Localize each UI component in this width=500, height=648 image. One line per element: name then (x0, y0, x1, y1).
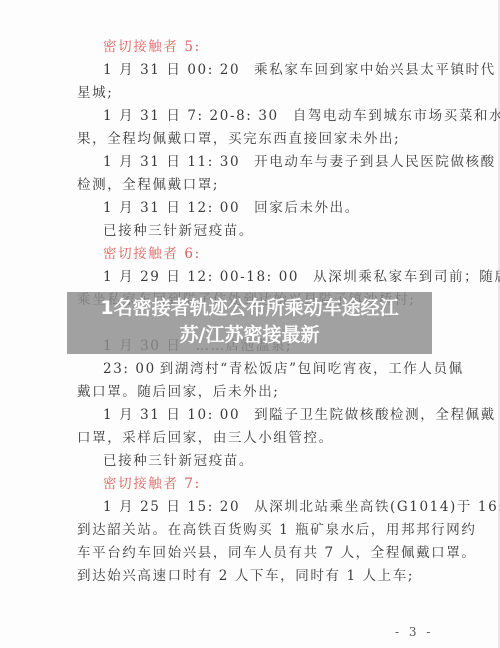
headline-overlay: 1名密接者轨迹公布所乘动车途经江 苏/江苏密接最新 (67, 292, 432, 354)
vaccine-status: 已接种三针新冠疫苗。 (103, 219, 254, 239)
entry-line: 1 月 31 日 12: 00回家后未外出。 (103, 196, 360, 216)
entry-text: 到湖湾村“青松饭店”包间吃宵夜，工作人员佩 (160, 361, 464, 377)
contact-heading: 密切接触者 5: (103, 35, 201, 55)
entry-time: 1 月 31 日 11: 30 (103, 150, 240, 170)
page-number: - 3 - (395, 625, 433, 639)
entry-time: 1 月 31 日 12: 00 (103, 196, 240, 216)
entry-continuation: 车平台约车回始兴县，同车人员有共 7 人，全程佩戴口罩。 (77, 541, 476, 561)
entry-continuation: 戴口罩。随后回家，后未外出; (77, 380, 279, 400)
entry-text: 自驾电动车到城东市场买菜和水 (293, 108, 500, 124)
contact-heading: 密切接触者 6: (103, 242, 201, 262)
entry-time: 1 月 25 日 15: 20 (103, 495, 240, 515)
entry-line: 1 月 31 日 00: 20乘私家车回到家中始兴县太平镇时代 (103, 58, 496, 78)
entry-continuation: 星城; (77, 81, 113, 101)
entry-text: 回家后未外出。 (254, 200, 360, 216)
entry-time: 1 月 31 日 10: 00 (103, 403, 240, 423)
entry-continuation: 果，全程均佩戴口罩，买完东西直接回家未外出; (77, 127, 400, 147)
entry-line: 1 月 29 日 12: 00-18: 00从深圳乘私家车到司前；随后 (103, 265, 500, 285)
entry-continuation: 检测，全程佩戴口罩; (77, 173, 219, 193)
headline-line-1: 1名密接者轨迹公布所乘动车途经江 (67, 295, 432, 322)
entry-line: 23: 00到湖湾村“青松饭店”包间吃宵夜，工作人员佩 (103, 357, 464, 377)
entry-time: 23: 00 (103, 361, 156, 377)
entry-line: 1 月 31 日 10: 00到隘子卫生院做核酸检测，全程佩戴 (103, 403, 496, 423)
entry-continuation: 到达韶关站。在高铁百货购买 1 瓶矿泉水后，用邦邦行网约 (77, 518, 476, 538)
entry-text: 到隘子卫生院做核酸检测，全程佩戴 (254, 407, 496, 423)
entry-time: 1 月 31 日 00: 20 (103, 58, 240, 78)
vaccine-status: 已接种三针新冠疫苗。 (103, 449, 254, 469)
entry-time: 1 月 31 日 7: 20-8: 30 (103, 104, 279, 124)
headline-title: 1名密接者轨迹公布所乘动车途经江 苏/江苏密接最新 (67, 295, 432, 349)
entry-text: 从深圳乘私家车到司前；随后 (313, 269, 500, 285)
entry-line: 1 月 31 日 7: 20-8: 30自驾电动车到城东市场买菜和水 (103, 104, 500, 124)
entry-time: 1 月 29 日 12: 00-18: 00 (103, 265, 299, 285)
headline-line-2: 苏/江苏密接最新 (67, 322, 432, 349)
entry-line: 1 月 25 日 15: 20从深圳北站乘坐高铁(G1014)于 16: 52 (103, 495, 500, 515)
entry-continuation: 到达始兴高速口时有 2 人下车，同时有 1 人上车; (77, 564, 414, 584)
entry-text: 从深圳北站乘坐高铁(G1014)于 16: 52 (254, 499, 500, 515)
entry-text: 开电动车与妻子到县人民医院做核酸 (254, 154, 496, 170)
entry-line: 1 月 31 日 11: 30开电动车与妻子到县人民医院做核酸 (103, 150, 496, 170)
entry-continuation: 口罩，采样后回家，由三人小组管控。 (77, 426, 334, 446)
entry-text: 乘私家车回到家中始兴县太平镇时代 (254, 62, 496, 78)
contact-heading: 密切接触者 7: (103, 472, 201, 492)
